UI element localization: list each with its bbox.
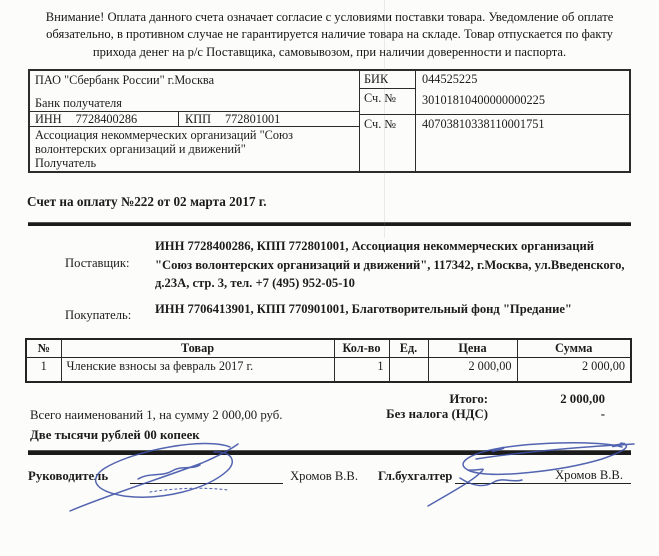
item-num: 1 xyxy=(26,357,61,382)
accountant-name: Хромов В.В. xyxy=(555,468,623,482)
items-table: № Товар Кол-во Ед. Цена Сумма 1 Членские… xyxy=(25,338,632,384)
supplier-label: Поставщик: xyxy=(65,256,155,293)
total-label: Итого: xyxy=(0,392,488,407)
kpp-label: КПП xyxy=(185,112,211,126)
item-price: 2 000,00 xyxy=(428,357,517,382)
inn-label: ИНН xyxy=(35,112,62,126)
kpp-cell: КПП772801001 xyxy=(179,112,359,127)
bik-corr-labels: БИК Сч. № xyxy=(360,71,416,114)
buyer-row: Покупатель: ИНН 7706413901, КПП 77090100… xyxy=(0,300,659,323)
separator-line-top xyxy=(28,222,631,226)
col-header-qty: Кол-во xyxy=(334,339,389,358)
item-row: 1 Членские взносы за февраль 2017 г. 1 2… xyxy=(26,357,631,382)
invoice-document: Внимание! Оплата данного счета означает … xyxy=(0,0,659,556)
director-label: Руководитель xyxy=(28,469,108,484)
col-header-price: Цена xyxy=(428,339,517,358)
bik-corr-block: БИК Сч. № 044525225 30101810400000000225 xyxy=(360,71,629,115)
item-product: Членские взносы за февраль 2017 г. xyxy=(61,357,334,382)
recipient-cell: Ассоциация некоммерческих организаций "С… xyxy=(30,127,359,171)
recipient-name: Ассоциация некоммерческих организаций "С… xyxy=(35,128,354,156)
scan-fold-artifact xyxy=(384,0,385,238)
director-signature-block: Руководитель Хромов В.В. xyxy=(28,468,358,484)
bank-table-left: ПАО "Сбербанк России" г.Москва Банк полу… xyxy=(30,71,360,171)
bank-cell: ПАО "Сбербанк России" г.Москва Банк полу… xyxy=(30,71,359,111)
corr-account-value: 30101810400000000225 xyxy=(416,91,629,114)
inn-kpp-row: ИНН7728400286 КПП772801001 xyxy=(30,112,359,128)
bank-label: Банк получателя xyxy=(35,96,354,110)
total-value: 2 000,00 xyxy=(488,392,605,407)
bank-requisites-table: ПАО "Сбербанк России" г.Москва Банк полу… xyxy=(28,69,631,173)
inn-value: 7728400286 xyxy=(76,112,137,126)
account-block: Сч. № 40703810338110001751 xyxy=(360,115,629,171)
corr-account-label: Сч. № xyxy=(360,89,415,114)
invoice-title: Счет на оплату №222 от 02 марта 2017 г. xyxy=(27,194,659,210)
director-signature-line xyxy=(130,468,283,484)
col-header-sum: Сумма xyxy=(517,339,631,358)
accountant-signature-line: Хромов В.В. xyxy=(455,468,631,484)
tax-value: - xyxy=(488,407,605,422)
col-header-product: Товар xyxy=(61,339,334,358)
amount-in-words: Две тысячи рублей 00 копеек xyxy=(30,428,659,443)
kpp-value: 772801001 xyxy=(225,112,280,126)
inn-cell: ИНН7728400286 xyxy=(30,112,179,127)
director-name: Хромов В.В. xyxy=(290,469,358,484)
total-row: Итого: 2 000,00 xyxy=(0,392,659,407)
items-header-row: № Товар Кол-во Ед. Цена Сумма xyxy=(26,339,631,358)
separator-line-bottom xyxy=(28,450,631,455)
item-qty: 1 xyxy=(334,357,389,382)
buyer-label: Покупатель: xyxy=(65,308,155,323)
warning-text: Внимание! Оплата данного счета означает … xyxy=(30,9,630,61)
bik-corr-values: 044525225 30101810400000000225 xyxy=(416,71,629,114)
bik-value: 044525225 xyxy=(416,71,629,91)
accountant-signature-block: Гл.бухгалтер Хромов В.В. xyxy=(378,468,631,484)
bank-name: ПАО "Сбербанк России" г.Москва xyxy=(35,73,354,87)
recipient-label: Получатель xyxy=(35,156,354,170)
signatures-row: Руководитель Хромов В.В. Гл.бухгалтер Хр… xyxy=(28,468,631,484)
col-header-num: № xyxy=(26,339,61,358)
supplier-row: Поставщик: ИНН 7728400286, КПП 772801001… xyxy=(0,237,659,293)
buyer-value: ИНН 7706413901, КПП 770901001, Благотвор… xyxy=(155,300,629,323)
col-header-unit: Ед. xyxy=(389,339,428,358)
item-sum: 2 000,00 xyxy=(517,357,631,382)
bank-table-right: БИК Сч. № 044525225 30101810400000000225… xyxy=(360,71,629,171)
item-unit xyxy=(389,357,428,382)
accountant-label: Гл.бухгалтер xyxy=(378,469,452,484)
account-label: Сч. № xyxy=(360,115,416,171)
account-value: 40703810338110001751 xyxy=(416,115,629,171)
bik-label: БИК xyxy=(360,71,415,89)
supplier-value: ИНН 7728400286, КПП 772801001, Ассоциаци… xyxy=(155,237,629,293)
